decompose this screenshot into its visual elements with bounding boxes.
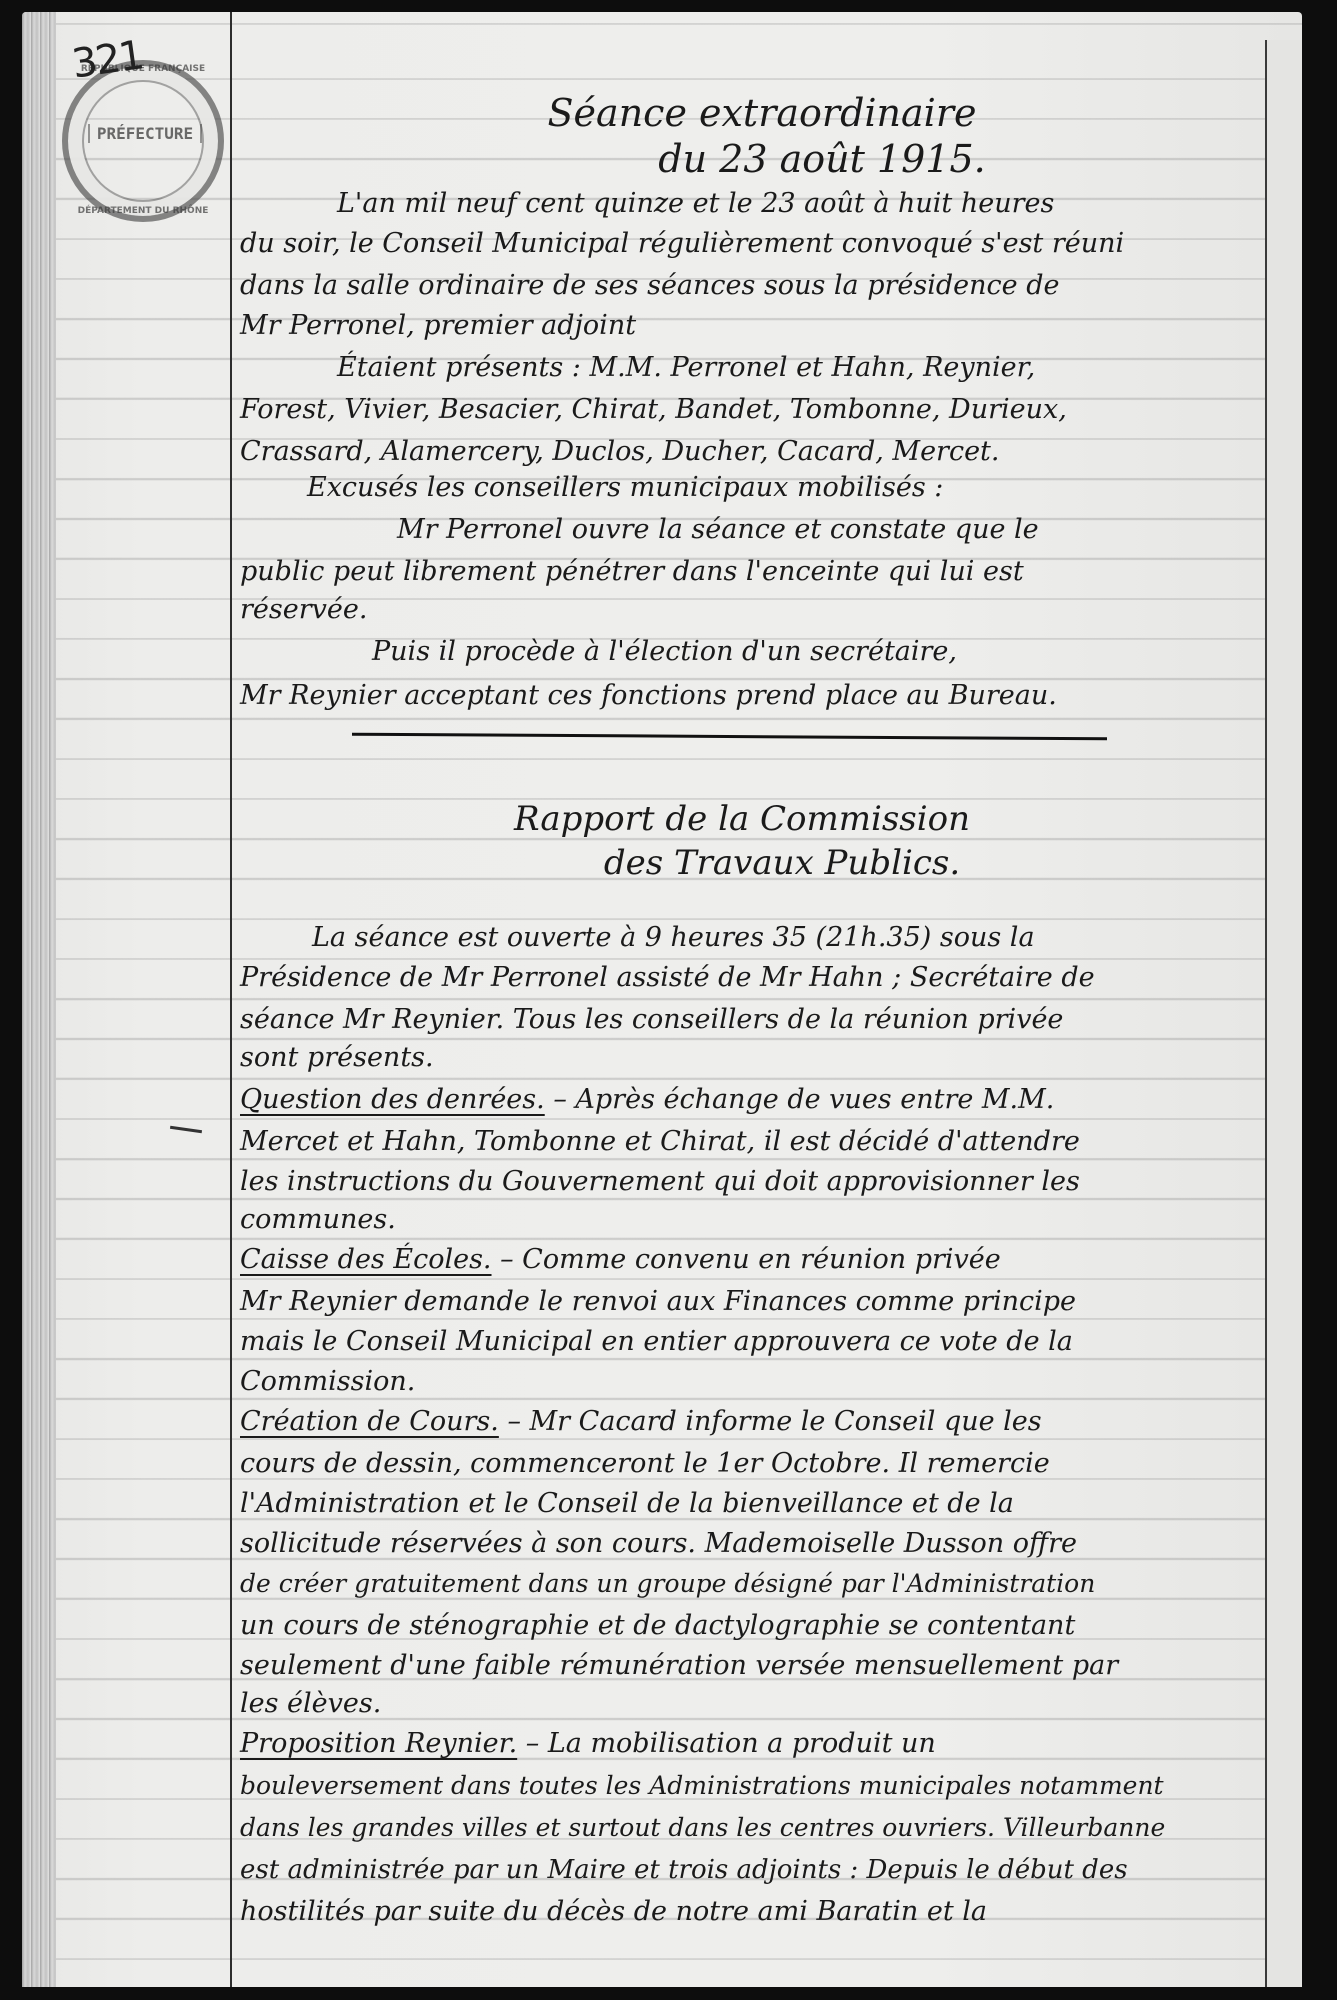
text-line: dans la salle ordinaire de ses séances s…	[240, 266, 1272, 306]
text-line: Présidence de Mr Perronel assisté de Mr …	[240, 958, 1272, 998]
text-line: Mercet et Hahn, Tombonne et Chirat, il e…	[240, 1122, 1272, 1162]
handwritten-minutes: Séance extraordinaire du 23 août 1915. L…	[232, 12, 1292, 1987]
text-line: L'an mil neuf cent quinze et le 23 août …	[337, 184, 1272, 224]
folio-number: 321	[69, 32, 145, 87]
session-date: du 23 août 1915.	[292, 136, 1302, 182]
text-line: Puis il procède à l'élection d'un secrét…	[372, 632, 1272, 672]
agenda-item-title: Proposition Reynier.	[240, 1728, 517, 1759]
text-line: Crassard, Alamercery, Duclos, Ducher, Ca…	[240, 432, 1272, 472]
text-line: – Comme convenu en réunion privée	[492, 1244, 1001, 1275]
section-divider	[352, 733, 1107, 741]
text-line: les instructions du Gouvernement qui doi…	[240, 1162, 1272, 1202]
agenda-item-creation-cours: Création de Cours. – Mr Cacard informe l…	[240, 1402, 1272, 1442]
text-line: communes.	[240, 1200, 1272, 1240]
text-line: Étaient présents : M.M. Perronel et Hahn…	[337, 348, 1272, 388]
text-line: – Après échange de vues entre M.M.	[545, 1084, 1055, 1115]
stamp-center-text: PRÉFECTURE	[88, 124, 202, 143]
text-line: Excusés les conseillers municipaux mobil…	[307, 468, 1272, 508]
section-title: Rapport de la Commission	[212, 796, 1272, 842]
text-line: hostilités par suite du décès de notre a…	[240, 1892, 1272, 1932]
text-line: bouleversement dans toutes les Administr…	[240, 1766, 1272, 1806]
text-line: cours de dessin, commenceront le 1er Oct…	[240, 1444, 1272, 1484]
text-line: dans les grandes villes et surtout dans …	[240, 1808, 1272, 1848]
agenda-item-proposition-reynier: Proposition Reynier. – La mobilisation a…	[240, 1724, 1272, 1764]
section-subtitle: des Travaux Publics.	[252, 840, 1302, 886]
agenda-item-caisse-ecoles: Caisse des Écoles. – Comme convenu en ré…	[240, 1240, 1272, 1280]
agenda-item-denrees: Question des denrées. – Après échange de…	[240, 1080, 1272, 1120]
text-line: Forest, Vivier, Besacier, Chirat, Bandet…	[240, 390, 1272, 430]
text-line: les élèves.	[240, 1684, 1272, 1724]
text-line: Mr Reynier acceptant ces fonctions prend…	[240, 676, 1272, 716]
agenda-item-title: Question des denrées.	[240, 1084, 545, 1115]
text-line: Commission.	[240, 1362, 1272, 1402]
text-line: sollicitude réservées à son cours. Madem…	[240, 1524, 1272, 1564]
agenda-item-title: Caisse des Écoles.	[240, 1244, 492, 1275]
text-line: – Mr Cacard informe le Conseil que les	[499, 1406, 1042, 1437]
text-line: l'Administration et le Conseil de la bie…	[240, 1484, 1272, 1524]
text-line: – La mobilisation a produit un	[517, 1728, 936, 1759]
text-line: public peut librement pénétrer dans l'en…	[240, 552, 1272, 592]
text-line: réservée.	[240, 590, 1272, 630]
text-line: un cours de sténographie et de dactylogr…	[240, 1606, 1272, 1646]
text-line: est administrée par un Maire et trois ad…	[240, 1850, 1272, 1890]
page-stack-edge	[22, 12, 56, 1987]
text-line: de créer gratuitement dans un groupe dés…	[240, 1564, 1272, 1604]
text-line: Mr Perronel, premier adjoint	[240, 306, 1272, 346]
text-line: Mr Perronel ouvre la séance et constate …	[397, 510, 1272, 550]
text-line: sont présents.	[240, 1038, 1272, 1078]
agenda-item-title: Création de Cours.	[240, 1406, 499, 1437]
register-page: RÉPUBLIQUE FRANÇAISE PRÉFECTURE DÉPARTEM…	[22, 12, 1302, 1987]
session-title: Séance extraordinaire	[232, 90, 1292, 136]
text-line: séance Mr Reynier. Tous les conseillers …	[240, 1000, 1272, 1040]
text-line: Mr Reynier demande le renvoi aux Finance…	[240, 1282, 1272, 1322]
text-line: seulement d'une faible rémunération vers…	[240, 1646, 1272, 1686]
text-line: La séance est ouverte à 9 heures 35 (21h…	[312, 918, 1272, 958]
stamp-bottom-text: DÉPARTEMENT DU RHÔNE	[68, 206, 218, 216]
text-line: du soir, le Conseil Municipal régulièrem…	[240, 224, 1272, 264]
text-line: mais le Conseil Municipal en entier appr…	[240, 1322, 1272, 1362]
